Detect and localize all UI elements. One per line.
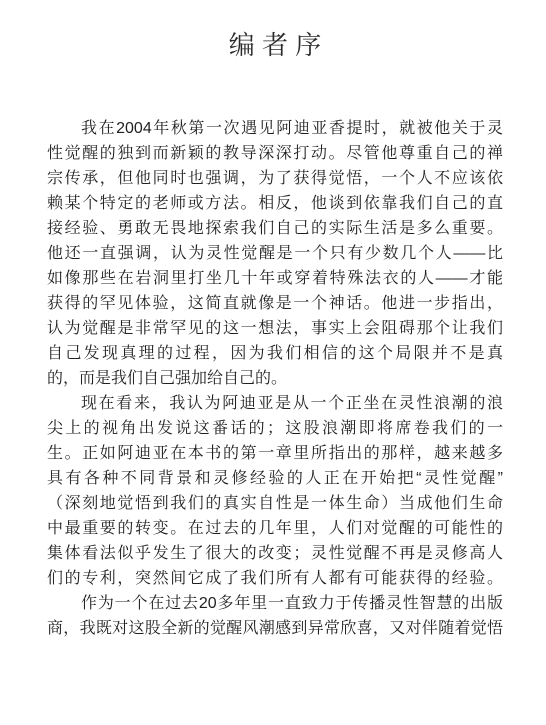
text-line: 他还一直强调，认为灵性觉醒是一个只有少数几个人——比 <box>47 241 503 266</box>
text-line: 如像那些在岩洞里打坐几十年或穿着特殊法衣的人——才能 <box>47 266 503 291</box>
text-line: 接经验、勇敢无畏地探索我们自己的实际生活是多么重要。 <box>47 216 503 241</box>
text-line: 认为觉醒是非常罕见的这一想法，事实上会阻碍那个让我们 <box>47 316 503 341</box>
book-page: 编者序 我在2004年秋第一次遇见阿迪亚香提时，就被他关于灵性觉醒的独到而新颖的… <box>0 0 546 725</box>
page-title: 编者序 <box>47 32 503 60</box>
text-line: 获得的罕见体验，这简直就像是一个神话。他进一步指出， <box>47 291 503 316</box>
text-line: 具有各种不同背景和灵修经验的人正在开始把“灵性觉醒” <box>47 466 503 491</box>
text-line: 们的专利，突然间它成了我们所有人都有可能获得的经验。 <box>47 566 503 591</box>
text-line: 宗传承，但他同时也强调，为了获得觉悟，一个人不应该依 <box>47 166 503 191</box>
text-line: 现在看来，我认为阿迪亚是从一个正坐在灵性浪潮的浪 <box>47 391 503 416</box>
text-line: 性觉醒的独到而新颖的教导深深打动。尽管他尊重自己的禅 <box>47 141 503 166</box>
text-line: 赖某个特定的老师或方法。相反，他谈到依靠我们自己的直 <box>47 191 503 216</box>
text-line: 自己发现真理的过程，因为我们相信的这个局限并不是真 <box>47 341 503 366</box>
text-line: 尖上的视角出发说这番话的；这股浪潮即将席卷我们的一 <box>47 416 503 441</box>
text-line: 我在2004年秋第一次遇见阿迪亚香提时，就被他关于灵 <box>47 116 503 141</box>
text-line: （深刻地觉悟到我们的真实自性是一体生命）当成他们生命 <box>47 491 503 516</box>
text-line: 的，而是我们自己强加给自己的。 <box>47 366 503 391</box>
text-line: 集体看法似乎发生了很大的改变；灵性觉醒不再是灵修高人 <box>47 541 503 566</box>
text-line: 中最重要的转变。在过去的几年里，人们对觉醒的可能性的 <box>47 516 503 541</box>
body-text: 我在2004年秋第一次遇见阿迪亚香提时，就被他关于灵性觉醒的独到而新颖的教导深深… <box>47 116 503 641</box>
text-line: 作为一个在过去20多年里一直致力于传播灵性智慧的出版 <box>47 591 503 616</box>
text-line: 生。正如阿迪亚在本书的第一章里所指出的那样，越来越多 <box>47 441 503 466</box>
text-line: 商，我既对这股全新的觉醒风潮感到异常欣喜，又对伴随着觉悟 <box>47 616 503 641</box>
